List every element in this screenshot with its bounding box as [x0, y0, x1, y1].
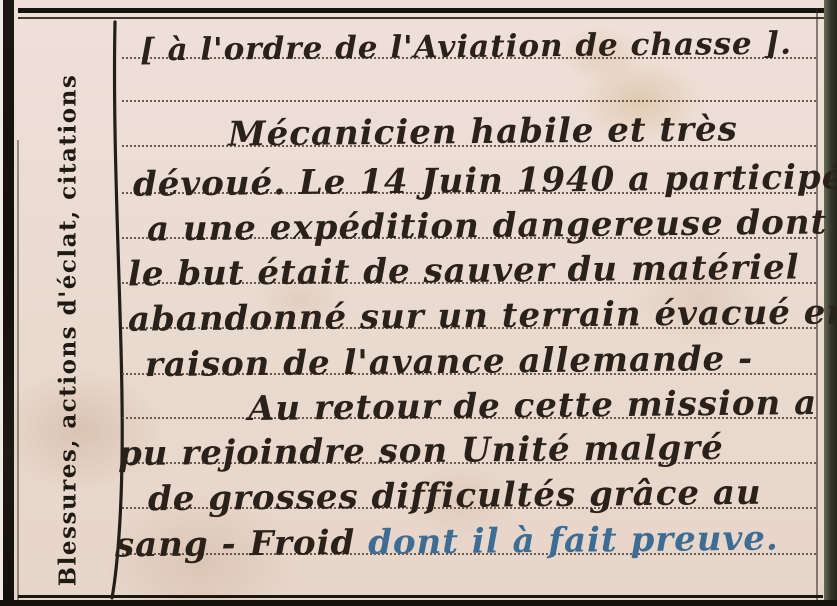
handwriting-final-line: sang - Froid dont il à fait preuve. — [115, 520, 779, 565]
left-inner-rule — [17, 140, 19, 606]
handwriting-heading: [ à l'ordre de l'Aviation de chasse ]. — [140, 25, 792, 70]
final-line-blue-ink: dont il à fait preuve. — [368, 519, 779, 563]
bottom-border-band — [0, 600, 837, 606]
handwriting-line: raison de l'avance allemande - — [145, 340, 753, 384]
handwriting-line: de grosses difficultés grâce au — [148, 474, 762, 518]
dotted-rule — [122, 100, 816, 102]
handwriting-line: dévoué. Le 14 Juin 1940 a participé — [133, 158, 837, 203]
handwriting-line: le but était de sauver du matériel — [128, 248, 800, 293]
section-label: Blessures, actions d'éclat, citations — [55, 74, 82, 587]
handwriting-line: Au retour de cette mission a — [248, 384, 818, 428]
top-rule-thin — [18, 17, 837, 19]
handwriting-line: abandonné sur un terrain évacué en — [128, 293, 837, 339]
top-rule-thick — [18, 8, 837, 13]
final-line-black-ink: sang - Froid — [115, 523, 369, 566]
handwriting-line: Mécanicien habile et très — [228, 110, 738, 153]
scanned-record-page: Blessures, actions d'éclat, citations [ … — [0, 0, 837, 606]
handwriting-line: a une expédition dangereuse dont — [147, 203, 828, 248]
left-border-band — [3, 0, 14, 606]
bottom-rule — [18, 595, 823, 598]
handwriting-line: pu rejoindre son Unité malgré — [118, 429, 724, 473]
